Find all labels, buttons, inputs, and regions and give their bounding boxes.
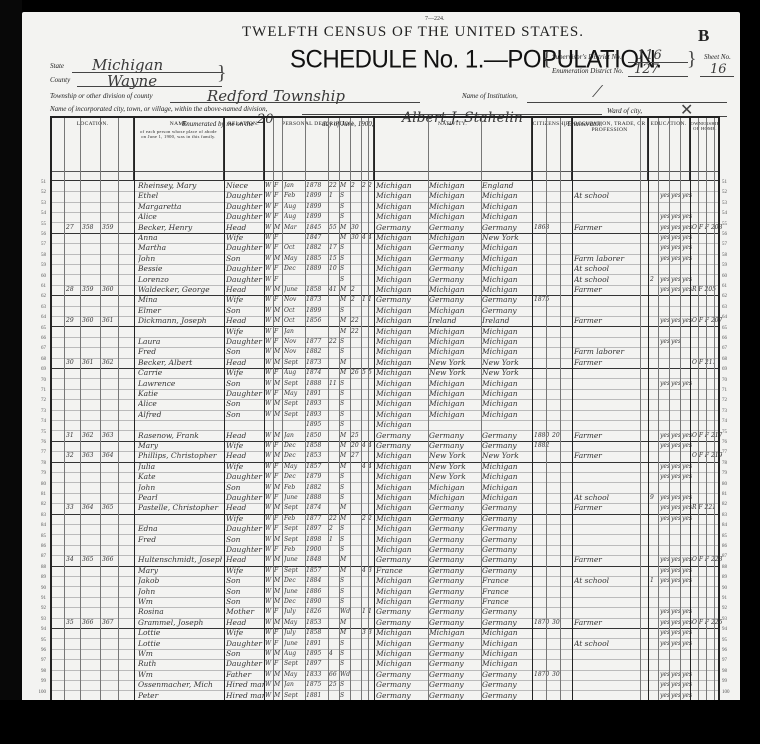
cell-month: May [284,253,304,264]
cell-name: Ruth [138,658,222,669]
cell-rel: Head [226,430,264,441]
cell-month: Feb [284,190,304,201]
row-number-left: 97 [30,658,46,663]
county-label: County [50,76,70,84]
cell-rel: Son [226,378,264,389]
cell-occ: Farm laborer [574,253,640,264]
cell-year: 1885 [306,253,328,264]
cell-pb: Germany [376,679,428,690]
cell-year: 1826 [306,606,328,617]
row-number-right: 84 [722,523,738,528]
cell-year: 1882 [306,242,328,253]
cell-sex: F [274,513,282,524]
cell-name: Anna [138,232,222,243]
cell-fb: Michigan [429,211,481,222]
cell-own: R F 205 [692,284,722,295]
row-number-right: 98 [722,669,738,674]
cell-mb: Germany [482,544,532,555]
cell-pb: Michigan [376,274,428,285]
cell-name: Lottie [138,638,222,649]
row-number-right: 59 [722,263,738,268]
cell-fb: Michigan [429,409,481,420]
cell-year: 1833 [306,669,328,680]
cell-sex: F [274,190,282,201]
row-number-right: 80 [722,482,738,487]
cell-fb: Michigan [429,482,481,493]
cell-month: Sept [284,565,304,576]
cell-rel: Daughter [226,544,264,555]
cell-mb: Germany [482,523,532,534]
cell-name: Lottie [138,627,222,638]
sheet-letter: B [698,26,709,46]
column-divider [560,118,561,702]
cell-name: Katie [138,388,222,399]
cell-col: W [265,180,273,191]
cell-pb: Germany [376,606,428,617]
cell-col: W [265,690,273,701]
cell-name: Peter [138,690,222,701]
cell-sex: F [274,180,282,191]
row-number-left: 73 [30,409,46,414]
cell-mb: Germany [482,690,532,701]
column-divider [224,118,225,702]
cell-sex: F [274,461,282,472]
cell-occ: At school [574,274,640,285]
cell-name: Waldecker, George [138,284,222,295]
cell-mb: Michigan [482,274,532,285]
cell-rel: Son [226,596,264,607]
cell-pb: Michigan [376,409,428,420]
cell-sex: F [274,658,282,669]
ward-label: Ward of city, [607,107,642,115]
cell-year: 1858 [306,627,328,638]
cell-fb: Michigan [429,232,481,243]
cell-mar: M [340,180,350,191]
row-number-left: 95 [30,638,46,643]
cell-mb: Michigan [482,378,532,389]
cell-mar: S [340,253,350,264]
cell-fb: New York [429,471,481,482]
cell-month: Sept [284,398,304,409]
cell-sex: M [274,305,282,316]
cell-pb: Michigan [376,450,428,461]
cell-fb: Michigan [429,180,481,191]
cell-year: 1858 [306,284,328,295]
cell-month: May [284,617,304,628]
cell-sex: F [274,638,282,649]
row-number-left: 65 [30,326,46,331]
row-number-left: 83 [30,513,46,518]
cell-col: W [265,638,273,649]
column-divider [118,118,119,702]
cell-sex: M [274,502,282,513]
row-number-left: 89 [30,575,46,580]
cell-pb: Michigan [376,523,428,534]
cell-sex: M [274,690,282,701]
cell-yrs: 27 [351,450,361,461]
cell-month: May [284,388,304,399]
row-number-left: 80 [30,482,46,487]
cell-year: 1877 [306,336,328,347]
cell-month: Sept [284,378,304,389]
cell-age: 25 [329,679,339,690]
row-number-right: 70 [722,378,738,383]
cell-month: Oct [284,242,304,253]
cell-fb: Germany [429,253,481,264]
row-number-right: 66 [722,336,738,341]
document-title: TWELFTH CENSUS OF THE UNITED STATES. [242,24,584,41]
row-number-right: 52 [722,190,738,195]
column-divider [264,118,265,702]
sheet-value: 16 [710,62,727,77]
cell-mar: S [340,201,350,212]
cell-month: Sept [284,523,304,534]
cell-sex: F [274,388,282,399]
cell-name: Julia [138,461,222,472]
cell-col: W [265,606,273,617]
cell-col: W [265,294,273,305]
cell-mb: Michigan [482,242,532,253]
cell-sex: F [274,326,282,337]
cell-sex: M [274,648,282,659]
cell-own: O F F 223 [692,554,722,565]
row-number-right: 76 [722,440,738,445]
cell-sex: F [274,544,282,555]
cell-fb: Germany [429,658,481,669]
cell-name: Ethel [138,190,222,201]
cell-col: W [265,440,273,451]
cell-name: Ossenmacher, Mich [138,679,222,690]
row-number-left: 92 [30,606,46,611]
cell-age: 4 [329,648,339,659]
cell-fam2: 366 [102,554,118,565]
cell-month: June [284,492,304,503]
cell-col: W [265,523,273,534]
cell-fam: 366 [82,617,98,628]
cell-mar: S [340,398,350,409]
row-number-right: 78 [722,461,738,466]
cell-mb: Germany [482,430,532,441]
row-number-right: 79 [722,471,738,476]
cell-pb: Michigan [376,513,428,524]
row-number-left: 87 [30,554,46,559]
cell-month: Jan [284,430,304,441]
row-number-left: 84 [30,523,46,528]
cell-mb: Michigan [482,201,532,212]
cell-mb: Michigan [482,409,532,420]
cell-month: Sept [284,534,304,545]
cell-year: 1845 [306,222,328,233]
cell-mar: S [340,336,350,347]
cell-occ: Farmer [574,502,640,513]
cell-rel: Head [226,222,264,233]
column-divider [532,118,533,702]
cell-year: 1858 [306,440,328,451]
cell-col: W [265,398,273,409]
cell-age: 2 [329,523,339,534]
cell-age: 15 [329,253,339,264]
cell-name: Rosina [138,606,222,617]
cell-mb: England [482,180,532,191]
cell-pb: Michigan [376,419,428,430]
cell-name: Edna [138,523,222,534]
cell-fam: 365 [82,554,98,565]
cell-pb: Michigan [376,346,428,357]
cell-mar: M [340,627,350,638]
cell-year: 1847 [306,232,328,243]
cell-pb: Michigan [376,326,428,337]
cell-pb: Germany [376,690,428,701]
cell-pb: Michigan [376,190,428,201]
cell-fb: Michigan [429,627,481,638]
cell-mb: Michigan [482,253,532,264]
cell-col: W [265,554,273,565]
supervisor-value: 116 [637,48,662,63]
cell-mb: Michigan [482,263,532,274]
cell-mb: Ireland [482,315,532,326]
cell-col: W [265,461,273,472]
cell-dwell: 30 [66,357,78,368]
cell-col: W [265,201,273,212]
cell-mb: Michigan [482,190,532,201]
cell-rel: Wife [226,627,264,638]
column-divider [572,118,573,702]
cell-fam2: 367 [102,617,118,628]
cell-age: 10 [329,263,339,274]
cell-col: W [265,326,273,337]
row-number-left: 64 [30,315,46,320]
row-number-right: 73 [722,409,738,414]
column-divider [669,118,670,702]
row-number-left: 77 [30,450,46,455]
cell-mar: S [340,575,350,586]
cell-pb: Michigan [376,471,428,482]
cell-yrs: 30 [351,222,361,233]
column-divider [350,118,351,702]
cell-mar: M [340,326,350,337]
row-number-right: 81 [722,492,738,497]
cell-mar: S [340,596,350,607]
row-number-right: 69 [722,367,738,372]
cell-sex: M [274,679,282,690]
cell-year: 1891 [306,638,328,649]
cell-name: Laura [138,336,222,347]
cell-year: 1873 [306,357,328,368]
cell-col: W [265,274,273,285]
cell-mb: Germany [482,606,532,617]
cell-mb: New York [482,450,532,461]
cell-rel: Daughter [226,190,264,201]
row-number-left: 86 [30,544,46,549]
cell-mar: S [340,242,350,253]
column-divider [64,118,65,702]
cell-name: Jakob [138,575,222,586]
row-number-right: 58 [722,253,738,258]
cell-name: Bessie [138,263,222,274]
cell-year: 1884 [306,575,328,586]
cell-mar: M [340,315,350,326]
column-divider [680,118,681,702]
city-label: Name of incorporated city, town, or vill… [50,105,267,113]
cell-pb: Michigan [376,596,428,607]
cell-fb: Germany [429,440,481,451]
row-number-right: 90 [722,586,738,591]
column-divider [328,118,329,702]
cell-rel: Son [226,575,264,586]
cell-rel: Son [226,346,264,357]
cell-dwell: 31 [66,430,78,441]
cell-mar: M [340,565,350,576]
column-divider [640,118,641,702]
cell-mb: Germany [482,305,532,316]
cell-year: 1882 [306,482,328,493]
row-number-right: 91 [722,596,738,601]
row-number-right: 56 [722,232,738,237]
cell-sex: F [274,492,282,503]
cell-occ: Farm laborer [574,346,640,357]
cell-year: 1897 [306,523,328,534]
cell-yrs: 2 [351,180,361,191]
county-value: Wayne [107,72,157,90]
cell-dwell: 34 [66,554,78,565]
cell-rel: Daughter [226,388,264,399]
cell-fb: Germany [429,690,481,701]
cell-year: 1857 [306,565,328,576]
cell-pb: Michigan [376,575,428,586]
cell-mb: Germany [482,669,532,680]
row-number-left: 93 [30,617,46,622]
cell-fb: Germany [429,294,481,305]
cell-pb: Germany [376,440,428,451]
cell-occ: At school [574,638,640,649]
cell-rel: Head [226,357,264,368]
cell-fam2: 365 [102,502,118,513]
cell-own: O F F 225 [692,617,722,628]
column-divider [658,118,659,702]
table-body: 5151Rheinsey, MaryNieceWFJan187822M222Mi… [52,180,718,702]
cell-month: Dec [284,471,304,482]
row-number-left: 66 [30,336,46,341]
cell-name: John [138,482,222,493]
column-divider [714,118,715,702]
cell-yrs: 22 [351,326,361,337]
cell-col: W [265,492,273,503]
cell-yrs: 25 [351,430,361,441]
cell-month: Nov [284,336,304,347]
cell-mar: S [340,586,350,597]
cell-yrs: 2 [351,294,361,305]
cell-col: W [265,190,273,201]
row-number-left: 70 [30,378,46,383]
township-value: Redford Township [207,87,345,105]
cell-sex: M [274,346,282,357]
cell-month: Sept [284,409,304,420]
cell-fam: 361 [82,357,98,368]
row-number-right: 65 [722,326,738,331]
cell-year: 1899 [306,190,328,201]
cell-month: Dec [284,575,304,586]
cell-month: Sept [284,502,304,513]
cell-sex: M [274,669,282,680]
cell-month: Nov [284,346,304,357]
cell-pb: Michigan [376,461,428,472]
cell-imm: 1870 [534,669,552,680]
state-label: State [50,62,64,70]
cell-dwell: 29 [66,315,78,326]
row-number-right: 72 [722,398,738,403]
cell-fam: 358 [82,222,98,233]
cell-fb: Germany [429,575,481,586]
cell-mar: M [340,284,350,295]
cell-sex: F [274,565,282,576]
cell-mb: Michigan [482,388,532,399]
cell-mb: Michigan [482,471,532,482]
cell-fb: Germany [429,679,481,690]
cell-sex: M [274,430,282,441]
row-number-left: 57 [30,242,46,247]
cell-rel: Wife [226,367,264,378]
row-number-right: 51 [722,180,738,185]
cell-fb: New York [429,450,481,461]
cell-fb: Germany [429,554,481,565]
cell-year: 1886 [306,586,328,597]
cell-year: 1850 [306,430,328,441]
cell-mar: S [340,305,350,316]
cell-name: Wm [138,596,222,607]
row-number-right: 86 [722,544,738,549]
cell-occ: Farmer [574,554,640,565]
cell-rel: Daughter [226,523,264,534]
cell-mb: France [482,586,532,597]
cell-col: W [265,378,273,389]
cell-year: 1882 [306,346,328,357]
cell-rel: Son [226,534,264,545]
cell-pb: Michigan [376,534,428,545]
cell-pb: France [376,565,428,576]
cell-fam2: 364 [102,450,118,461]
row-number-right: 89 [722,575,738,580]
row-number-left: 55 [30,222,46,227]
cell-fb: Germany [429,586,481,597]
cell-rel: Hired man [226,679,264,690]
census-table: LOCATION. NAMEof each person whose place… [50,116,720,704]
cell-pb: Michigan [376,315,428,326]
cell-mb: Michigan [482,211,532,222]
column-divider [706,118,707,702]
cell-occ: At school [574,263,640,274]
cell-rel: Daughter [226,211,264,222]
cell-rel: Son [226,648,264,659]
row-number-left: 59 [30,263,46,268]
cell-sex: F [274,627,282,638]
cell-mb: New York [482,367,532,378]
cell-mar: M [340,294,350,305]
column-divider [305,118,306,702]
cell-year: 1897 [306,658,328,669]
cell-month: Sept [284,658,304,669]
cell-fam: 359 [82,284,98,295]
cell-rel: Head [226,284,264,295]
cell-sex: M [274,534,282,545]
cell-imm: 1875 [534,294,552,305]
cell-rel: Head [226,315,264,326]
row-number-right: 82 [722,502,738,507]
cell-month: Dec [284,263,304,274]
cell-col: W [265,211,273,222]
cell-mb: Germany [482,565,532,576]
cell-rel: Daughter [226,471,264,482]
cell-mb: Michigan [482,492,532,503]
